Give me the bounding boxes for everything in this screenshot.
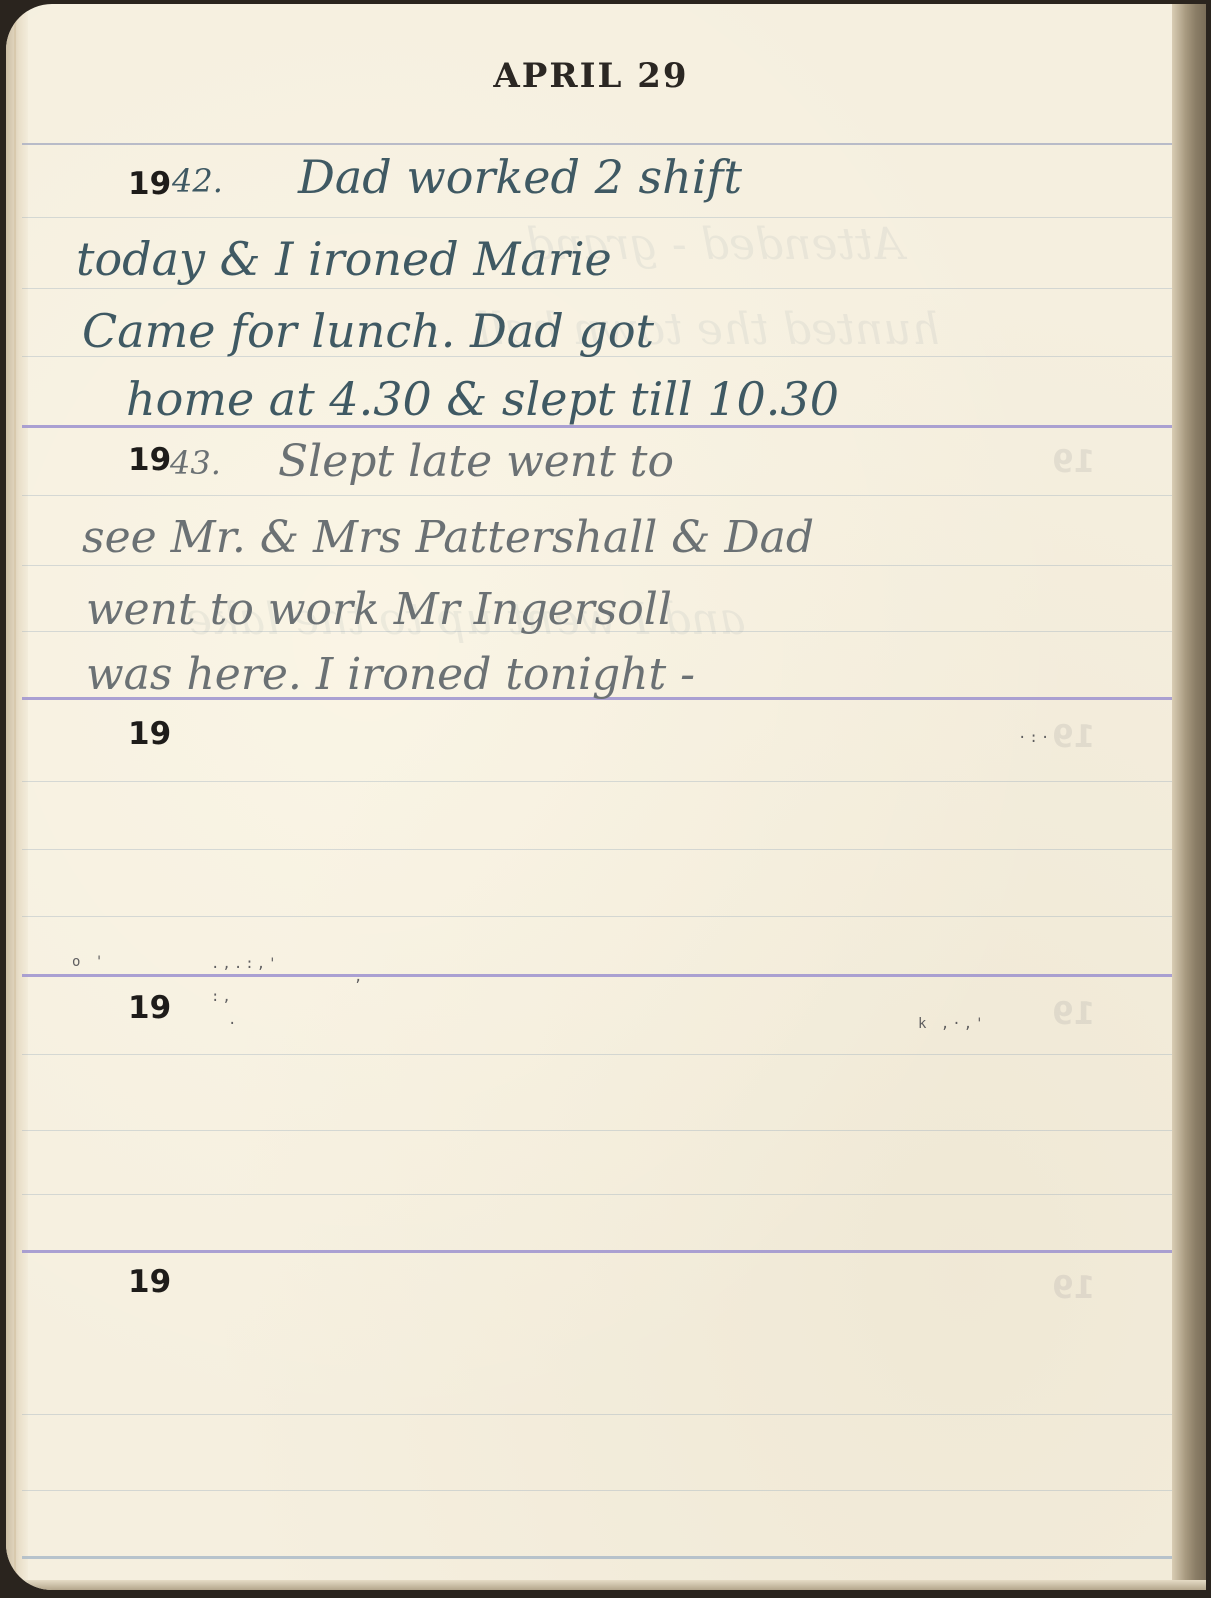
entry-line: Dad worked 2 shift (298, 150, 742, 204)
handwritten-year-suffix: 42. (172, 162, 223, 200)
ghost-year: 19 (1052, 996, 1095, 1032)
year-label: 19 (128, 990, 171, 1026)
year-label: 19 (128, 442, 171, 478)
rule-faint (22, 1054, 1182, 1055)
entry-line: was here. I ironed tonight - (86, 649, 695, 700)
rule-top (22, 143, 1182, 145)
ghost-year: 19 (1052, 719, 1095, 755)
rule-bottom (22, 1556, 1182, 1559)
page-left-edge (6, 4, 28, 1590)
year-label: 19 (128, 1264, 171, 1300)
year-prefix: 19 (128, 166, 171, 202)
rule-faint (22, 217, 1182, 218)
entry-line: see Mr. & Mrs Pattershall & Dad (82, 512, 814, 563)
scan-background: APRIL 29 Attended - grand hunted the tow… (0, 0, 1211, 1598)
page-date-header: APRIL 29 (6, 56, 1176, 96)
rule-faint (22, 1130, 1182, 1131)
rule-faint (22, 1194, 1182, 1195)
entry-line: today & I ironed Marie (76, 232, 612, 286)
ink-speck: . (228, 1012, 239, 1028)
ghost-year: 19 (1052, 1270, 1095, 1306)
year-label: 19 (128, 166, 171, 202)
rule-faint (22, 916, 1182, 917)
entry-line: Slept late went to (278, 436, 674, 487)
ink-speck: , (354, 969, 365, 985)
year-prefix: 19 (128, 990, 171, 1026)
rule-faint (22, 288, 1182, 289)
rule-faint (22, 495, 1182, 496)
ink-speck: o ' (72, 954, 106, 970)
rule-faint (22, 849, 1182, 850)
handwritten-year-suffix: 43. (170, 444, 221, 482)
year-label: 19 (128, 716, 171, 752)
year-prefix: 19 (128, 1264, 171, 1300)
page-edge-stack (14, 14, 26, 1580)
ink-speck: :, (211, 989, 234, 1005)
page-bottom-edge (6, 1580, 1206, 1590)
ink-speck: ·:· (1018, 730, 1052, 746)
year-prefix: 19 (128, 716, 171, 752)
diary-page: APRIL 29 Attended - grand hunted the tow… (6, 4, 1206, 1590)
rule-faint (22, 1414, 1182, 1415)
entry-line: Came for lunch. Dad got (82, 304, 654, 358)
section-divider-4 (22, 974, 1182, 977)
rule-faint (22, 565, 1182, 566)
book-spine-shadow (1172, 4, 1206, 1590)
ink-speck: .,.:,' (211, 956, 280, 972)
entry-line: home at 4.30 & slept till 10.30 (126, 372, 839, 426)
date-text: APRIL 29 (493, 56, 688, 96)
section-divider-5 (22, 1250, 1182, 1253)
rule-faint (22, 781, 1182, 782)
ghost-year: 19 (1052, 444, 1095, 480)
rule-faint (22, 1490, 1182, 1491)
year-prefix: 19 (128, 442, 171, 478)
entry-line: went to work Mr Ingersoll (86, 584, 672, 635)
ink-speck: k ,·,' (918, 1016, 987, 1032)
